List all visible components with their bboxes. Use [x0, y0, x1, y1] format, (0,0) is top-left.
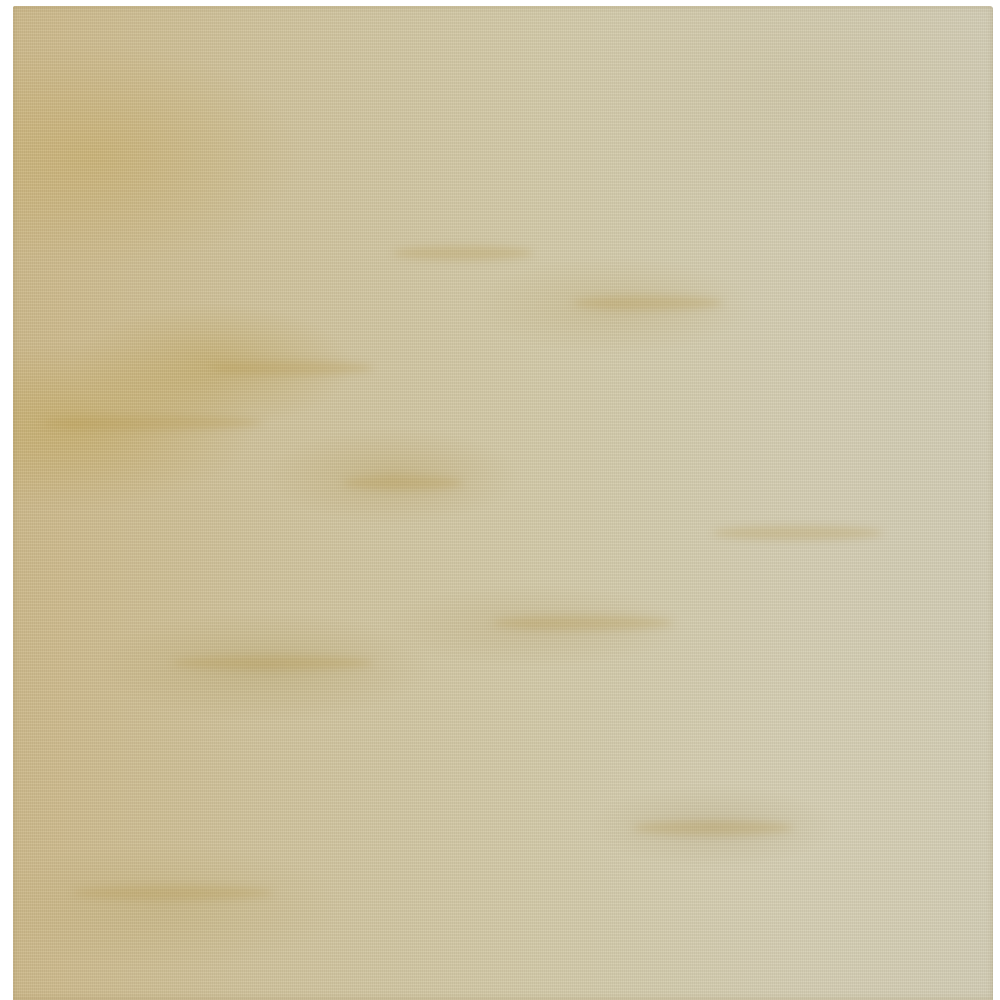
- rug-sheen-streak: [393, 246, 533, 260]
- rug-sheen-streak: [573, 296, 723, 310]
- rug-sheen-streak: [173, 656, 373, 670]
- rug-sheen-streak: [213, 361, 373, 375]
- rug-sheen-streak: [343, 476, 463, 490]
- rug-sheen-streak: [43, 416, 263, 430]
- rug-sheen-streak: [713, 526, 883, 540]
- rug-product-photo: [13, 6, 993, 1000]
- rug-sheen-streak: [73, 886, 273, 900]
- rug-sheen-streak: [493, 616, 673, 630]
- rug-sheen-streak: [633, 821, 793, 835]
